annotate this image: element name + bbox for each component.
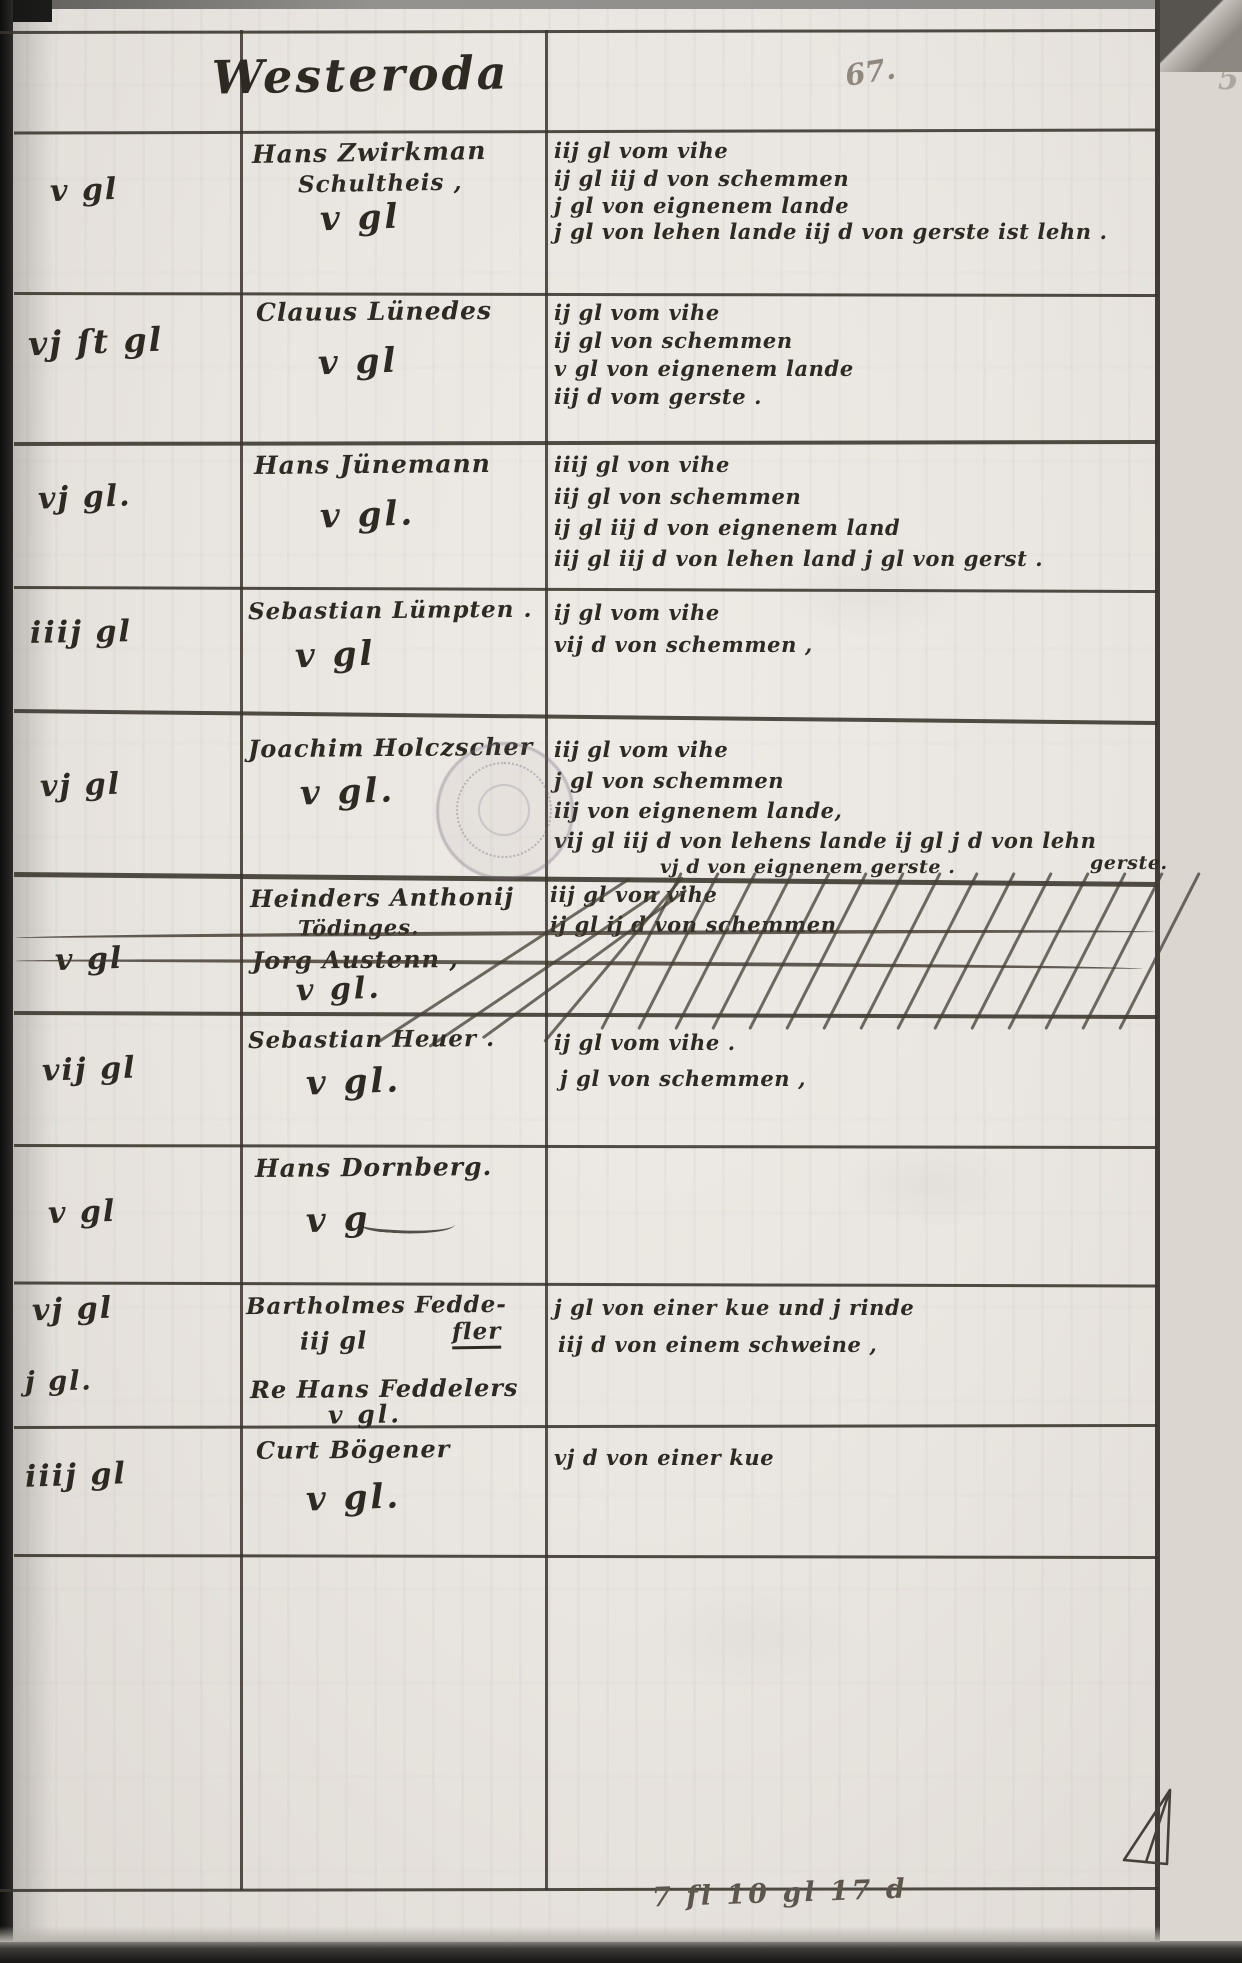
table-rule [14,1011,1158,1019]
entry-line: ij gl iij d von schemmen [554,166,849,191]
table-rule [14,586,1158,593]
tax-amount: vj gl. [37,478,132,516]
entry-line: iij gl von vihe [550,882,717,907]
entry-line: iij gl von schemmen [554,484,801,509]
taxpayer-name-struck: Tödinges. [298,914,420,940]
entry-line-wrap: gerste. [1090,852,1168,874]
assessment-value: v gl. [299,770,395,813]
entry-line: iij d vom gerste . [554,384,762,409]
taxpayer-name: Sebastian Heuer . [248,1025,495,1054]
hatch-stroke [822,872,905,1030]
hatch-stroke [1044,872,1127,1030]
next-page-number-fragment: 5 [1218,62,1239,97]
entry-line: vij d von schemmen , [554,632,813,657]
tax-amount: vij gl [41,1050,137,1088]
entry-line: ij gl vom vihe [554,600,720,625]
entry-line: ij gl von schemmen [554,328,793,353]
entry-line: iiij gl von vihe [554,452,730,477]
hatch-stroke [711,872,794,1030]
entry-line: j gl von eignenem lande [554,193,849,218]
entry-line: j gl von schemmen [554,768,784,793]
pen-swash [359,1212,455,1238]
taxpayer-name: Bartholmes Fedde- [246,1291,507,1320]
ink-bleed-smudge [640,1580,860,1690]
table-rule-bottom [0,1887,1158,1892]
taxpayer-name: Hans Jünemann [254,449,491,480]
entry-line: vij gl iij d von lehens lande ij gl j d … [554,828,1097,853]
taxpayer-name: Hans Zwirkman [252,136,487,169]
entry-line: ij gl vom vihe [554,300,720,325]
assessment-value: v gl [294,634,376,677]
entry-line: ij gl iij d von eignenem land [554,515,900,540]
tax-amount: vj ſt gl [27,320,163,364]
entry-line: iij gl iij d von lehen land j gl von ger… [554,546,1043,571]
tax-amount: v gl [47,1194,116,1231]
hatch-stroke [748,872,831,1030]
tax-amount-secondary: j gl. [25,1365,93,1397]
hatch-stroke [933,872,1016,1030]
tax-amount: iiij gl [24,1456,127,1495]
manuscript-page: Westeroda 67. 5 v gl Hans Zwirkman Schul… [0,0,1242,1963]
entry-line: vj d von einer kue [554,1445,774,1470]
hatch-stroke [859,872,942,1030]
table-rule [14,1282,1158,1288]
entry-line: j gl von lehen lande iij d von gerste is… [554,219,1107,244]
taxpayer-name: Curt Bögener [256,1434,451,1465]
taxpayer-name: Sebastian Lümpten . [248,596,533,625]
taxpayer-name: Clauus Lünedes [256,296,492,327]
tax-amount: v gl [49,172,118,209]
entry-line: iij gl vom vihe [554,737,728,762]
assessment-value: v gl. [305,1060,401,1103]
table-rule [14,1554,1158,1559]
next-page-strip [1160,0,1242,1963]
entry-line: iij d von einem schweine , [558,1332,877,1357]
scan-edge-top [0,0,1242,9]
tax-amount: vj gl [31,1291,113,1329]
taxpayer-title: Schultheis , [298,169,463,199]
assessment-value: v gl [317,341,399,384]
entry-line: iij gl vom vihe [554,138,728,163]
hatch-stroke [896,872,979,1030]
hatch-stroke [970,872,1053,1030]
table-rule [14,709,1158,725]
page-total: 7 fl 10 gl 17 d [652,1874,909,1914]
assessment-value: v gl. [305,1476,401,1519]
entry-line: ij gl vom vihe . [554,1030,736,1055]
page-number: 67. [843,51,898,92]
scan-edge-bottom [0,1941,1242,1963]
entry-line: j gl von einer kue und j rinde [554,1295,914,1320]
table-rule [14,440,1158,446]
table-rule [14,1144,1158,1149]
hatch-stroke [1007,872,1090,1030]
taxpayer-name-continued: fler [452,1318,502,1350]
taxpayer-name: Hans Dornberg. [255,1152,492,1183]
corner-check-mark [1112,1786,1187,1870]
entry-line: iij von eignenem lande, [554,798,842,823]
table-rule [14,129,1158,135]
taxpayer-name: Heinders Anthonij [250,882,514,913]
tax-amount: vj gl [39,767,121,805]
inline-amount: iij gl [300,1325,368,1355]
hatch-stroke [1081,872,1164,1030]
paper-bottom-shade [0,1926,1160,1942]
assessment-value: v gl [319,197,401,240]
binding-edge-left [0,0,13,1963]
entry-line: v gl von eignenem lande [554,356,854,381]
table-rule [14,292,1158,297]
tax-amount: iiij gl [30,614,132,651]
hatch-stroke [785,872,868,1030]
table-rule-top [0,29,1158,34]
ink-bleed-smudge [840,1140,1020,1230]
entry-line: vj d von eignenem gerste . [660,856,955,878]
entry-line: j gl von schemmen , [560,1066,806,1091]
page-title: Westeroda [212,45,510,104]
wax-seal-center [478,784,530,836]
assessment-value: v gl. [328,1399,402,1429]
assessment-value: v gl. [295,971,382,1009]
table-rule [14,1424,1158,1429]
assessment-value: v gl. [319,493,415,536]
